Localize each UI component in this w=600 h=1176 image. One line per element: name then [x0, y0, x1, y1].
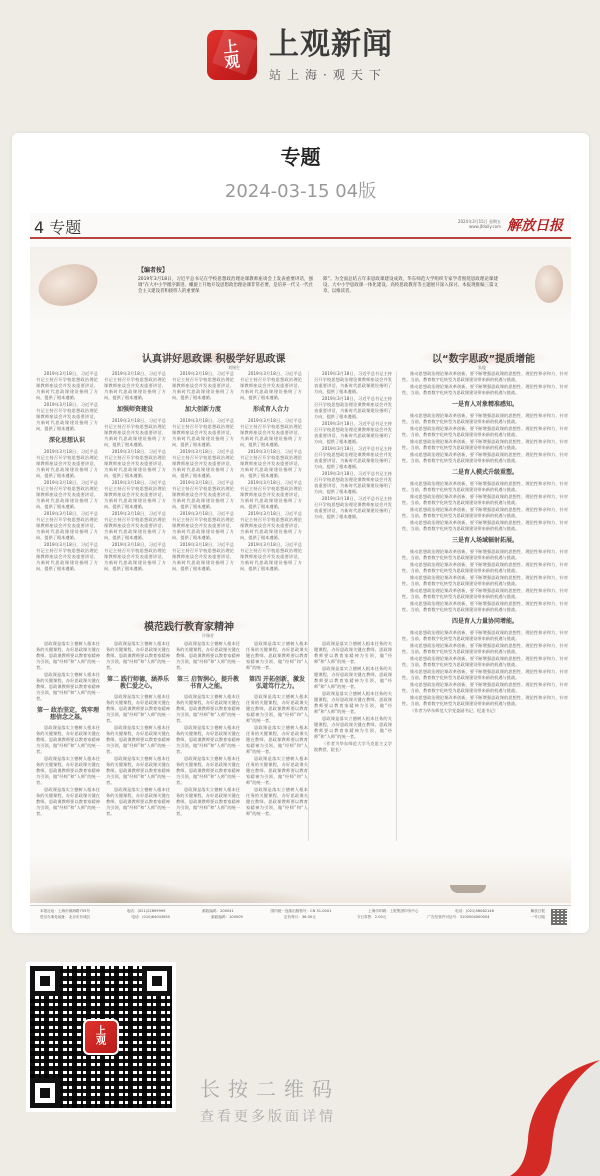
article-1-col-1: 2019年3月18日，习近平总书记主持召开学校思想政治理论课教师座谈会并发表重要…: [36, 371, 98, 619]
editor-note-col2: 障”。为全面总结五年来思政课建设成效，华东师范大学组织专家学者围绕思政理论课建设…: [323, 277, 498, 295]
red-ribbon-decoration-icon: [480, 1050, 600, 1176]
newspaper-page-image[interactable]: 4 专题 2024年3月15日 星期五 www.jfdaily.com 解放日报…: [30, 213, 571, 933]
article-3-author-note: （作者为华东师范大学马克思主义学院教授、院长）: [314, 741, 392, 753]
article-3-subhead-4: 第四 开拓创新，激发弘道笃行之力。: [246, 676, 308, 690]
editor-note: 【编者按】 2019年3月18日，习近平总书记在学校思想政治理论课教师座谈会上发…: [138, 265, 498, 295]
qr-finder-icon: [30, 1078, 60, 1108]
article-2-body: 推动思想政治理论课改革创新，要不断增强思政课的思想性、理论性和亲和力、针对性。当…: [402, 371, 568, 841]
page-title: 专题: [12, 141, 589, 170]
article-2-subhead-3: 三是育人场域辐射拓展。: [402, 537, 568, 545]
qr-finder-icon: [142, 966, 172, 996]
article-2-headline: 以“数字思政”提质增能: [418, 349, 549, 366]
page-date: 2024-03-15 04版: [12, 177, 589, 203]
article-3-col-5: 思政课是落实立德树人根本任务的关键课程，办好思政课关键在教师。思政课教师要以教育…: [314, 641, 392, 851]
article-1-col-3: 2019年3月18日，习近平总书记主持召开学校思想政治理论课教师座谈会并发表重要…: [172, 371, 234, 619]
mini-qr-code-icon: [551, 909, 567, 925]
qr-code[interactable]: 上 观: [26, 962, 176, 1112]
article-1-subhead-2: 加强师资建设: [104, 406, 166, 414]
newspaper-imprint: 本报社址：上海市威海路755号 电话：(021)22899999 邮政编码：20…: [30, 905, 571, 931]
scroll-roll-right-icon: [535, 265, 563, 303]
article-1-subhead-1: 深化思想认识: [36, 437, 98, 445]
page-card: 专题 2024-03-15 04版 4 专题 2024年3月15日 星期五 ww…: [12, 133, 589, 933]
article-1-col-2: 2019年3月18日，习近平总书记主持召开学校思想政治理论课教师座谈会并发表重要…: [104, 371, 166, 619]
editor-note-col1: 2019年3月18日，习近平总书记在学校思想政治理论课教师座谈会上发表重要讲话，…: [138, 277, 313, 295]
newspaper-page-header: 4 专题 2024年3月15日 星期五 www.jfdaily.com 解放日报: [30, 215, 571, 239]
landscape-illustration: [30, 853, 571, 903]
editor-note-scroll: 【编者按】 2019年3月18日，习近平总书记在学校思想政治理论课教师座谈会上发…: [30, 247, 571, 325]
article-3-col-2: 思政课是落实立德树人根本任务的关键课程，办好思政课关键在教师。思政课教师要以教育…: [106, 641, 170, 851]
article-3-byline: 许瑞芳: [202, 633, 214, 639]
article-2-subhead-2: 二是育人模式升级重塑。: [402, 469, 568, 477]
brand-name: 上观新闻: [269, 28, 393, 62]
article-3-col-4: 思政课是落实立德树人根本任务的关键课程，办好思政课关键在教师。思政课教师要以教育…: [246, 641, 308, 851]
article-3-col-1: 思政课是落实立德树人根本任务的关键课程，办好思政课关键在教师。思政课教师要以教育…: [36, 641, 100, 851]
shangguan-logo-icon: 上 观: [207, 30, 257, 80]
page-number-label: 4 专题: [34, 215, 81, 238]
article-2-subhead-4: 四是育人力量协同增能。: [402, 618, 568, 626]
qr-hint-title: 长按二维码: [200, 1073, 340, 1102]
qr-hint: 长按二维码 查看更多版面详情: [200, 1073, 340, 1126]
article-3-subhead-2: 第二 践行师德，涵养乐教仁爱之心。: [106, 676, 170, 690]
article-1-headline: 认真讲好思政课 积极学好思政课: [128, 349, 299, 366]
brand-slogan: 站上海·观天下: [269, 66, 393, 83]
qr-center-logo-icon: 上 观: [83, 1019, 119, 1055]
article-3-subhead-1: 第一 政治坚定，筑牢理想信念之基。: [36, 707, 100, 721]
article-1-col-4: 2019年3月18日，习近平总书记主持召开学校思想政治理论课教师座谈会并发表重要…: [240, 371, 302, 619]
article-2-author-note: （作者为华东师范大学党委副书记、纪委书记）: [402, 708, 568, 714]
brand-header: 上 观 上观新闻 站上海·观天下: [0, 0, 600, 110]
article-1-subhead-4: 形成育人合力: [240, 406, 302, 414]
article-3-col-3: 思政课是落实立德树人根本任务的关键课程，办好思政课关键在教师。思政课教师要以教育…: [176, 641, 240, 851]
qr-hint-subtitle: 查看更多版面详情: [200, 1106, 340, 1126]
article-2-subhead-1: 一是育人对象精准感知。: [402, 401, 568, 409]
page-meta: 2024年3月15日 星期五 www.jfdaily.com: [458, 219, 501, 229]
column-divider: [308, 371, 309, 841]
article-3-subhead-3: 第三 启智润心，提升教书育人之能。: [176, 676, 240, 690]
masthead-logo: 解放日报: [507, 215, 563, 235]
editor-note-label: 【编者按】: [138, 265, 498, 274]
article-1-col-5: 2019年3月18日，习近平总书记主持召开学校思想政治理论课教师座谈会并发表重要…: [314, 371, 392, 619]
article-1-subhead-3: 加大创新力度: [172, 406, 234, 414]
scroll-roll-left-icon: [34, 258, 102, 312]
qr-finder-icon: [30, 966, 60, 996]
logo-glyph-bottom: 观: [225, 54, 242, 70]
article-3-headline: 模范践行教育家精神: [130, 617, 248, 634]
boat-icon: [450, 885, 486, 893]
column-divider: [396, 371, 397, 841]
